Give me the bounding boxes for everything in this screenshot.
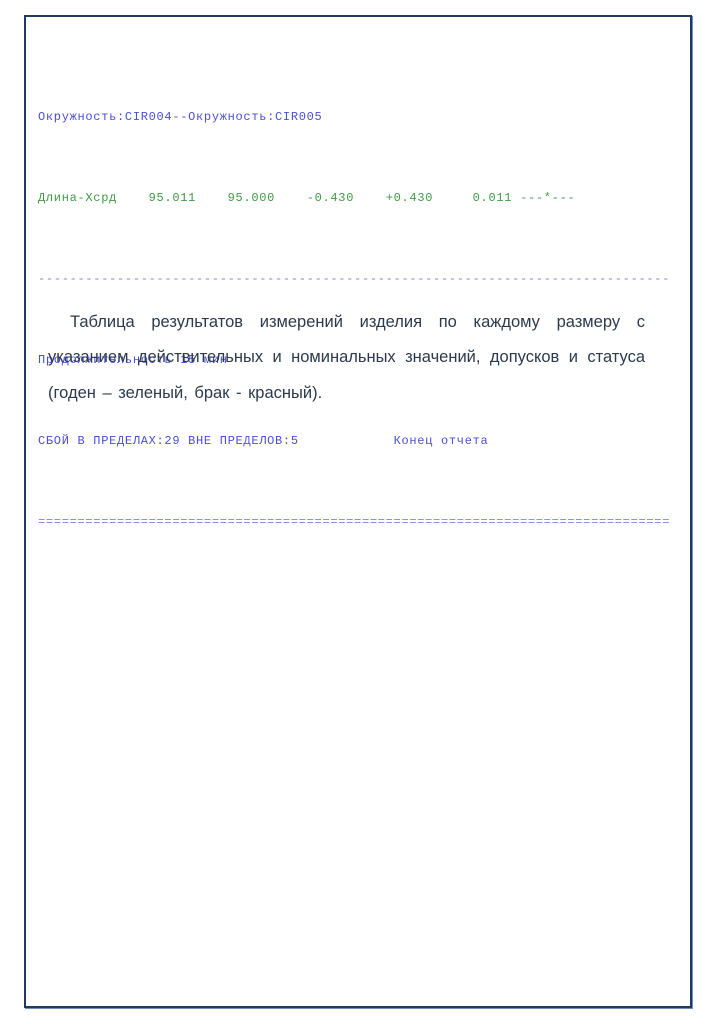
actual-value: 95.011	[149, 191, 196, 205]
dash-separator: ----------------------------------------…	[38, 266, 670, 293]
summary-line: СБОЙ В ПРЕДЕЛАХ:29 ВНЕ ПРЕДЕЛОВ:5 Конец …	[38, 428, 670, 455]
measurement-name: Длина-Хсрд	[38, 191, 117, 205]
summary-text: СБОЙ В ПРЕДЕЛАХ:29 ВНЕ ПРЕДЕЛОВ:5	[38, 434, 299, 448]
deviation-value: 0.011	[473, 191, 513, 205]
end-of-report-label: Конец отчета	[394, 434, 489, 448]
upper-tolerance: +0.430	[386, 191, 433, 205]
nominal-value: 95.000	[228, 191, 275, 205]
measurement-row: Длина-Хсрд 95.011 95.000 -0.430 +0.430 0…	[38, 185, 670, 212]
lower-tolerance: -0.430	[307, 191, 354, 205]
description-paragraph: Таблица результатов измерений изделия по…	[48, 305, 645, 412]
equals-separator: ========================================…	[38, 509, 670, 536]
report-feature-header: Окружность:CIR004--Окружность:CIR005	[38, 104, 670, 131]
tolerance-graphic: ---*---	[520, 191, 575, 205]
